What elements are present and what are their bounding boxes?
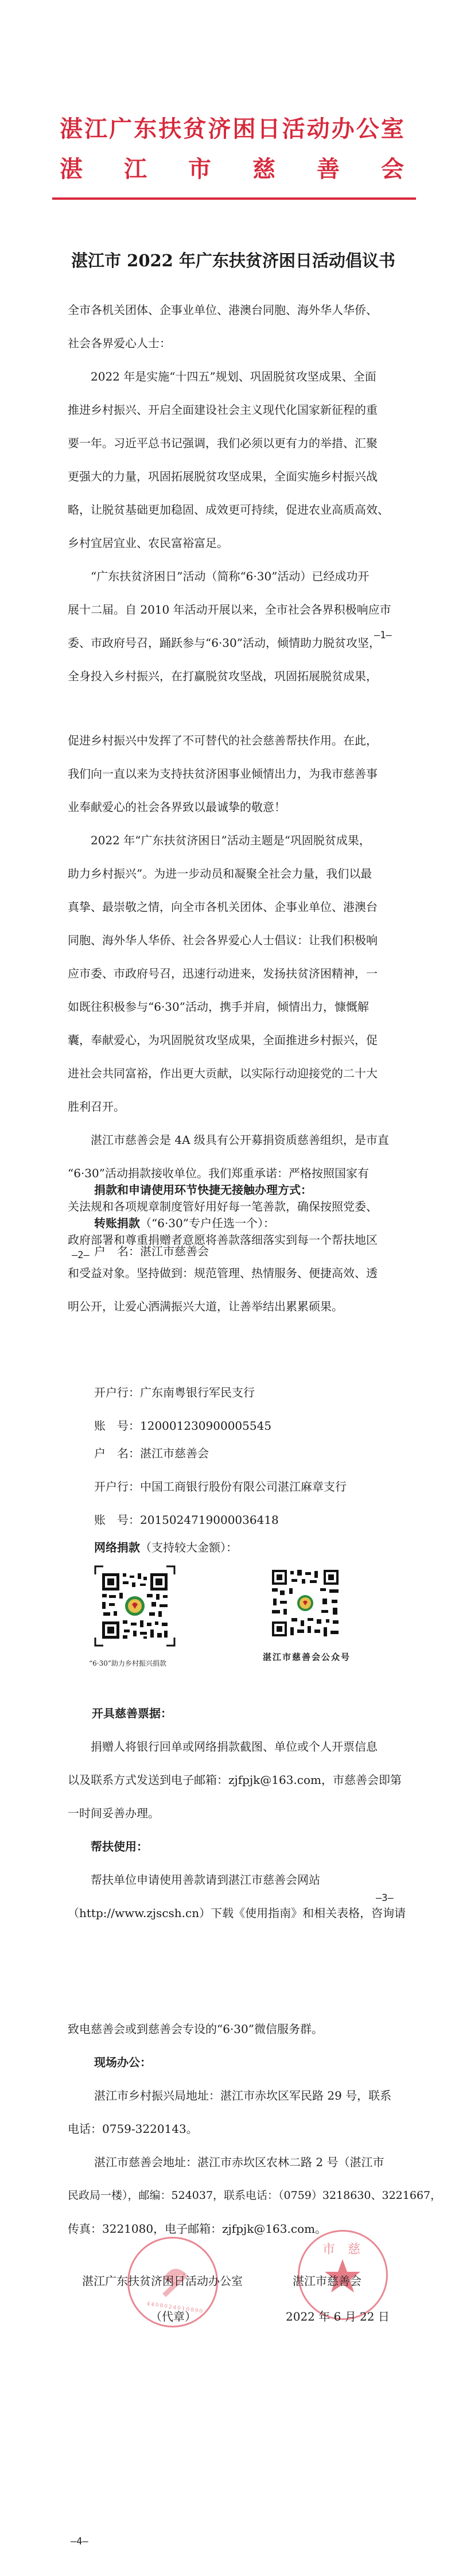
account-1-name-row: 户 名： 湛江市慈善会 (68, 1240, 398, 1263)
body-line: 一时间妥善办理。 (68, 1797, 398, 1830)
body-line: 捐赠人将银行回单或网络捐款截图、单位或个人开票信息 (68, 1730, 398, 1763)
letterhead-char: 会 (381, 157, 404, 182)
account-1-bank-row: 开户行： 广东南粤银行军民支行 (68, 1376, 398, 1409)
receipt-section: 开具慈善票据： 捐赠人将银行回单或网络捐款截图、单位或个人开票信息 以及联系方式… (68, 1697, 398, 1930)
letterhead-char: 动 (307, 117, 330, 142)
bank-label: 开户行： (94, 1470, 140, 1503)
qr-code-donation[interactable] (94, 1565, 176, 1647)
page-number-3: —3— (376, 1892, 394, 1904)
letterhead-char: 湛 (60, 157, 83, 182)
body-line: 电话：0759-3220143。 (68, 2112, 398, 2146)
body-line: 致电慈善会或到慈善会专设的“6·30”微信服务群。 (68, 2012, 398, 2046)
body-line: 促进乡村振兴中发挥了不可替代的社会慈善帮扶作用。在此， (68, 724, 398, 757)
office-heading: 现场办公： (68, 2046, 398, 2079)
bank-label: 开户行： (94, 1376, 140, 1409)
transfer-heading: 转账捐款 （“6·30”专户任选一个）： (68, 1206, 398, 1240)
usage-heading: 帮扶使用： (68, 1830, 398, 1863)
body-line: 湛江市慈善会是 4A 级具有公开募捐资质慈善组织，是市直 (68, 1123, 398, 1157)
body-line: 2022 年是实施“十四五”规划、巩固脱贫攻坚成果、全面 (68, 360, 398, 393)
body-line: 全身投入乡村振兴，在打赢脱贫攻坚战，巩固拓展脱贫成果， (68, 659, 398, 693)
body-line: 以及联系方式发送到电子邮箱：zjfpjk@163.com，市慈善会即第 (68, 1763, 398, 1797)
letterhead-char: 江 (124, 157, 147, 182)
body-line: 同胞、海外华人华侨、社会各界爱心人士倡议：让我们积极响 (68, 924, 398, 957)
letterhead-char: 善 (317, 157, 340, 182)
letterhead-char: 市 (188, 157, 211, 182)
body-line: 民政局一楼），邮编：524037，联系电话：（0759）3218630、3221… (68, 2179, 398, 2212)
body-line: 社会各界爱心人士： (68, 327, 398, 360)
signature-office: 湛江广东扶贫济困日活动办公室 (82, 2272, 243, 2288)
body-line: 我们向一直以来为支持扶贫济困事业倾情出力，为我市慈善事 (68, 757, 398, 790)
signature-date: 2022 年 6 月 22 日 (286, 2307, 390, 2324)
account-2-name-row: 户 名： 湛江市慈善会 (68, 1437, 398, 1470)
body-line: 要一年。习近平总书记强调，我们必须以更有力的举措、汇聚 (68, 426, 398, 460)
body-line: （http://www.zjscsh.cn）下载《使用指南》和相关表格，咨询请 (68, 1896, 398, 1930)
receipt-heading: 开具慈善票据： (68, 1697, 398, 1730)
account-name-label: 户 名： (94, 1437, 140, 1470)
letterhead-char: 广 (109, 117, 132, 142)
signature-office-note: （代章） (150, 2307, 196, 2324)
body-line: 进社会共同富裕，作出更大贡献，以实际行动迎接党的二十大 (68, 1057, 398, 1090)
online-heading-rest: （支持较大金额）： (140, 1531, 238, 1564)
body-line: 如既往积极参与“6·30”活动，携手并肩，倾情出力，慷慨解 (68, 990, 398, 1023)
online-heading-row: 网络捐款 （支持较大金额）： (68, 1531, 398, 1564)
page-number-4: —4— (71, 2536, 88, 2547)
qr-code-wechat-official-account[interactable] (272, 1570, 339, 1636)
account-2-bank-row: 开户行： 中国工商银行股份有限公司湛江麻章支行 (68, 1470, 398, 1503)
seal-chars: 市 慈 (322, 2240, 360, 2257)
body-line: 更强大的力量，巩固拓展脱贫攻坚成果，全面实施乡村振兴战 (68, 460, 398, 493)
qr-wechat-caption: 湛江市慈善会公众号 (263, 1651, 351, 1663)
body-line: 业奉献爱心的社会各界致以最诚挚的敬意！ (68, 790, 398, 824)
page-number-2: —2— (72, 1250, 90, 1261)
body-line: 全市各机关团体、企事业单位、港澳台同胞、海外华人华侨、 (68, 293, 398, 327)
transfer-heading-rest: （“6·30”专户任选一个）： (140, 1206, 275, 1240)
body-line: 委、市政府号召，踊跃参与“6·30”活动，倾情助力脱贫攻坚， (68, 626, 398, 659)
body-line: 明公开，让爱心洒满振兴大道，让善举结出累累硕果。 (68, 1290, 398, 1323)
body-line: 展十二届。自 2010 年活动开展以来，全市社会各界积极响应市 (68, 593, 398, 626)
body-line: “广东扶贫济困日”活动（简称“6·30”活动）已经成功开 (68, 560, 398, 593)
body-line: 湛江市乡村振兴局地址：湛江市赤坎区军民路 29 号，联系 (68, 2079, 398, 2112)
account-name-value: 湛江市慈善会 (140, 1240, 209, 1263)
online-heading-bold: 网络捐款 (94, 1531, 140, 1564)
body-line: 推进乡村振兴、开启全面建设社会主义现代化国家新征程的重 (68, 393, 398, 426)
body-line: 助力乡村振兴”。为进一步动员和凝聚全社会力量，我们以最 (68, 857, 398, 890)
bank-value: 广东南粤银行军民支行 (140, 1376, 255, 1409)
page-4-body: 致电慈善会或到慈善会专设的“6·30”微信服务群。 现场办公： 湛江市乡村振兴局… (68, 2012, 398, 2245)
account-name-label: 户 名： (94, 1240, 140, 1263)
signature-charity: 湛江市慈善会 (293, 2272, 361, 2288)
letterhead-char: 办 (332, 117, 355, 142)
letterhead-char: 江 (84, 117, 107, 142)
letterhead-char: 济 (208, 117, 231, 142)
account-2-details: 户 名： 湛江市慈善会 开户行： 中国工商银行股份有限公司湛江麻章支行 账 号：… (68, 1437, 398, 1537)
document-title: 湛江市 2022 年广东扶贫济困日活动倡议书 (0, 250, 455, 271)
transfer-heading-bold: 转账捐款 (94, 1206, 140, 1240)
account-name-value: 湛江市慈善会 (140, 1437, 209, 1470)
online-donation-heading: 网络捐款 （支持较大金额）： (68, 1531, 398, 1564)
qr-donation-caption: “6·30”助力乡村振兴捐款 (89, 1658, 166, 1668)
letterhead-char: 湛 (60, 117, 83, 142)
bank-value: 中国工商银行股份有限公司湛江麻章支行 (140, 1470, 347, 1503)
qr-code-icon (272, 1570, 339, 1636)
letterhead-char: 东 (134, 117, 157, 142)
body-line: 乡村宜居宜业、农民富裕富足。 (68, 526, 398, 560)
qr-code-icon (94, 1565, 176, 1647)
body-line: 帮扶单位申请使用善款请到湛江市慈善会网站 (68, 1863, 398, 1896)
body-line: 略，让脱贫基础更加稳固、成效更可持续，促进农业高质高效、 (68, 493, 398, 526)
donation-heading: 捐款和申请使用环节快捷无接触办理方式： (68, 1173, 398, 1206)
body-line: 2022 年“广东扶贫济困日”活动主题是“巩固脱贫成果， (68, 824, 398, 857)
body-line: 囊，奉献爱心，为巩固脱贫攻坚成果，全面推进乡村振兴，促 (68, 1023, 398, 1057)
letterhead-line-2: 湛 江 市 慈 善 会 (60, 157, 404, 182)
letterhead-char: 日 (258, 117, 281, 142)
letterhead-red-rule (52, 197, 416, 200)
letterhead-char: 慈 (252, 157, 275, 182)
body-line: 应市委、市政府号召，迅速行动进来，发扬扶贫济困精神，一 (68, 957, 398, 990)
body-line: 湛江市慈善会地址：湛江市赤坎区农林二路 2 号（湛江市 (68, 2146, 398, 2179)
letterhead-char: 公 (356, 117, 379, 142)
body-line: 真挚、最崇敬之情，向全市各机关团体、企事业单位、港澳台 (68, 890, 398, 924)
letterhead-char: 室 (381, 117, 404, 142)
letterhead-line-1: 湛 江 广 东 扶 贫 济 困 日 活 动 办 公 室 (60, 117, 404, 142)
letterhead-char: 扶 (158, 117, 181, 142)
page-1-body: 全市各机关团体、企事业单位、港澳台同胞、海外华人华侨、 社会各界爱心人士： 20… (68, 293, 398, 693)
letterhead-char: 困 (232, 117, 255, 142)
account-1-details: 开户行： 广东南粤银行军民支行 账 号： 120001230900005545 (68, 1376, 398, 1442)
letterhead-char: 贫 (183, 117, 206, 142)
page-number-1: —1— (374, 630, 392, 641)
body-line: 胜利召开。 (68, 1090, 398, 1123)
donation-methods: 捐款和申请使用环节快捷无接触办理方式： 转账捐款 （“6·30”专户任选一个）：… (68, 1173, 398, 1263)
letterhead-char: 活 (282, 117, 305, 142)
